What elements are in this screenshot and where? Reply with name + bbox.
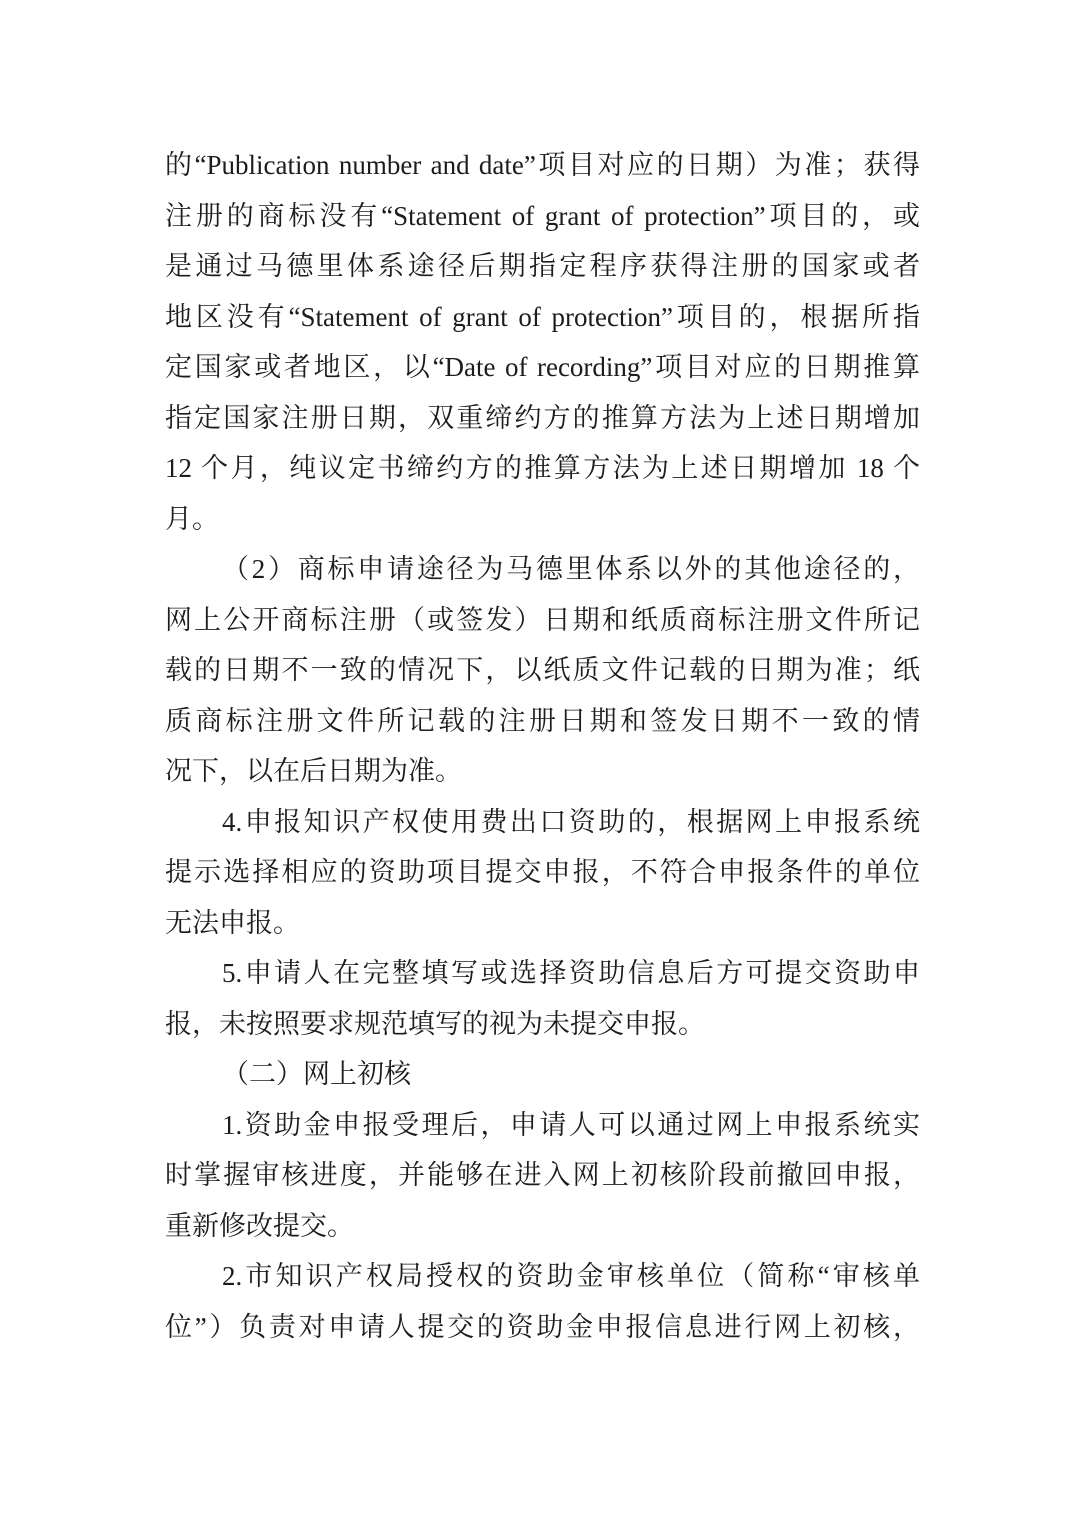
para-item-2-non-madrid-routes: （2）商标申请途径为马德里体系以外的其他途径的，网上公开商标注册（或签发）日期和…: [165, 544, 920, 797]
text-line: 4.申报知识产权使用费出口资助的，根据网上申报系统: [165, 797, 920, 848]
text-line: 月。: [165, 494, 920, 545]
text-line: 2.市知识产权局授权的资助金审核单位（简称“审核单: [165, 1251, 920, 1302]
text-line: 的“Publication number and date”项目对应的日期）为准…: [165, 140, 920, 191]
para-madrid-registration-date-rules: 的“Publication number and date”项目对应的日期）为准…: [165, 140, 920, 544]
document-page: 的“Publication number and date”项目对应的日期）为准…: [0, 0, 1080, 1527]
document-body: 的“Publication number and date”项目对应的日期）为准…: [165, 140, 920, 1352]
text-line: 地区没有“Statement of grant of protection”项目…: [165, 292, 920, 343]
text-line: 无法申报。: [165, 898, 920, 949]
heading-section-2-online-preliminary-review: （二）网上初核: [165, 1049, 920, 1100]
para-item-5-complete-info-required: 5.申请人在完整填写或选择资助信息后方可提交资助申报，未按照要求规范填写的视为未…: [165, 948, 920, 1049]
text-line: 1.资助金申报受理后，申请人可以通过网上申报系统实: [165, 1100, 920, 1151]
text-line: 况下，以在后日期为准。: [165, 746, 920, 797]
text-line: 注册的商标没有“Statement of grant of protection…: [165, 191, 920, 242]
para-review-item-2-authorized-review-units: 2.市知识产权局授权的资助金审核单位（简称“审核单位”）负责对申请人提交的资助金…: [165, 1251, 920, 1352]
para-review-item-1-track-progress: 1.资助金申报受理后，申请人可以通过网上申报系统实时掌握审核进度，并能够在进入网…: [165, 1100, 920, 1252]
text-line: 时掌握审核进度，并能够在进入网上初核阶段前撤回申报，: [165, 1150, 920, 1201]
text-line: 提示选择相应的资助项目提交申报，不符合申报条件的单位: [165, 847, 920, 898]
text-line: 报，未按照要求规范填写的视为未提交申报。: [165, 999, 920, 1050]
text-line: 位”）负责对申请人提交的资助金申报信息进行网上初核，: [165, 1302, 920, 1353]
text-line: 网上公开商标注册（或签发）日期和纸质商标注册文件所记: [165, 595, 920, 646]
text-line: 是通过马德里体系途径后期指定程序获得注册的国家或者: [165, 241, 920, 292]
text-line: 质商标注册文件所记载的注册日期和签发日期不一致的情: [165, 696, 920, 747]
text-line: （2）商标申请途径为马德里体系以外的其他途径的，: [165, 544, 920, 595]
text-line: 定国家或者地区，以“Date of recording”项目对应的日期推算: [165, 342, 920, 393]
text-line: （二）网上初核: [165, 1049, 920, 1100]
text-line: 12 个月，纯议定书缔约方的推算方法为上述日期增加 18 个: [165, 443, 920, 494]
text-line: 5.申请人在完整填写或选择资助信息后方可提交资助申: [165, 948, 920, 999]
text-line: 指定国家注册日期，双重缔约方的推算方法为上述日期增加: [165, 393, 920, 444]
para-item-4-royalty-export-subsidy: 4.申报知识产权使用费出口资助的，根据网上申报系统提示选择相应的资助项目提交申报…: [165, 797, 920, 949]
text-line: 重新修改提交。: [165, 1201, 920, 1252]
text-line: 载的日期不一致的情况下，以纸质文件记载的日期为准；纸: [165, 645, 920, 696]
